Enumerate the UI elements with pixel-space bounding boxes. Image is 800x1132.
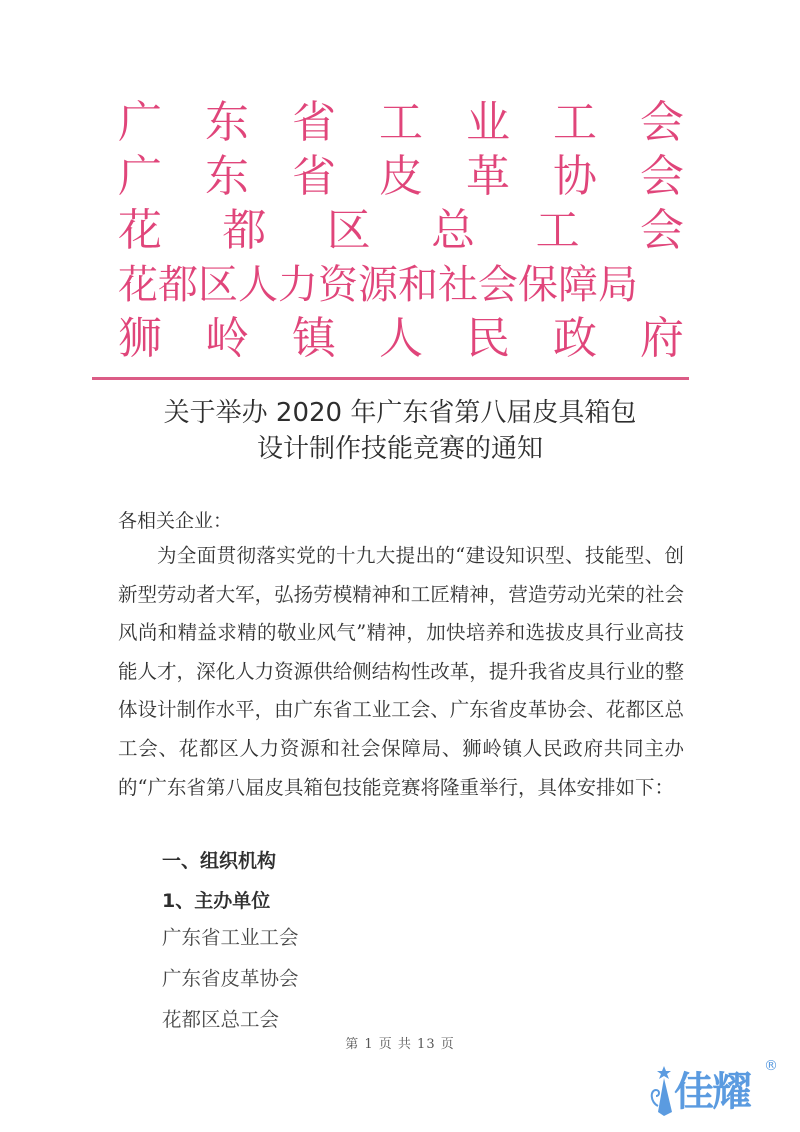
- letterhead-char: 省: [292, 96, 336, 150]
- letterhead-char: 协: [553, 150, 597, 204]
- title-line-2: 设计制作技能竞赛的通知: [90, 431, 710, 467]
- letterhead-char: 皮: [379, 150, 423, 204]
- greeting: 各相关企业：: [118, 506, 232, 533]
- letterhead-divider: [92, 377, 689, 380]
- watermark-logo: 佳耀 ®: [648, 1058, 788, 1118]
- organizer-item: 花都区总工会: [162, 1004, 279, 1032]
- letterhead-char: 会: [640, 204, 684, 258]
- subsection-heading-organizers: 1、主办单位: [162, 886, 270, 913]
- letterhead-char: 省: [292, 150, 336, 204]
- letterhead-char: 会: [640, 96, 684, 150]
- organizer-item: 广东省工业工会: [162, 922, 299, 950]
- letterhead-char: 总: [431, 204, 475, 258]
- letterhead-char: 广: [118, 96, 162, 150]
- letterhead-char: 府: [640, 312, 684, 366]
- letterhead-line-5: 狮 岭 镇 人 民 政 府: [118, 312, 684, 366]
- letterhead-line-4: 花都区人力资源和社会保障局: [118, 258, 684, 312]
- page-number: 第 1 页 共 13 页: [0, 1033, 800, 1052]
- letterhead-char: 花: [118, 204, 162, 258]
- letterhead-char: 镇: [292, 312, 336, 366]
- letterhead-char: 业: [466, 96, 510, 150]
- letterhead: 广 东 省 工 业 工 会 广 东 省 皮 革 协 会 花 都 区 总 工 会 …: [118, 96, 684, 366]
- logo-text: 佳耀: [674, 1060, 750, 1117]
- letterhead-char: 东: [205, 96, 249, 150]
- body-paragraph: 为全面贯彻落实党的十九大提出的“建设知识型、技能型、创新型劳动者大军，弘扬劳模精…: [118, 537, 684, 807]
- letterhead-char: 狮: [118, 312, 162, 366]
- letterhead-char: 岭: [205, 312, 249, 366]
- letterhead-char: 民: [466, 312, 510, 366]
- organizer-item: 广东省皮革协会: [162, 963, 299, 991]
- letterhead-char: 广: [118, 150, 162, 204]
- letterhead-char: 政: [553, 312, 597, 366]
- letterhead-line-2: 广 东 省 皮 革 协 会: [118, 150, 684, 204]
- letterhead-char: 都: [222, 204, 266, 258]
- letterhead-line-1: 广 东 省 工 业 工 会: [118, 96, 684, 150]
- letterhead-char: 革: [466, 150, 510, 204]
- letterhead-char: 人: [379, 312, 423, 366]
- letterhead-char: 工: [536, 204, 580, 258]
- letterhead-char: 东: [205, 150, 249, 204]
- letterhead-char: 工: [379, 96, 423, 150]
- registered-mark: ®: [764, 1058, 778, 1074]
- letterhead-text: 花都区人力资源和社会保障局: [118, 258, 638, 312]
- document-title: 关于举办 2020 年广东省第八届皮具箱包 设计制作技能竞赛的通知: [90, 395, 710, 467]
- title-line-1: 关于举办 2020 年广东省第八届皮具箱包: [90, 395, 710, 431]
- letterhead-line-3: 花 都 区 总 工 会: [118, 204, 684, 258]
- letterhead-char: 工: [553, 96, 597, 150]
- letterhead-char: 区: [327, 204, 371, 258]
- section-heading-organization: 一、组织机构: [162, 846, 276, 873]
- letterhead-char: 会: [640, 150, 684, 204]
